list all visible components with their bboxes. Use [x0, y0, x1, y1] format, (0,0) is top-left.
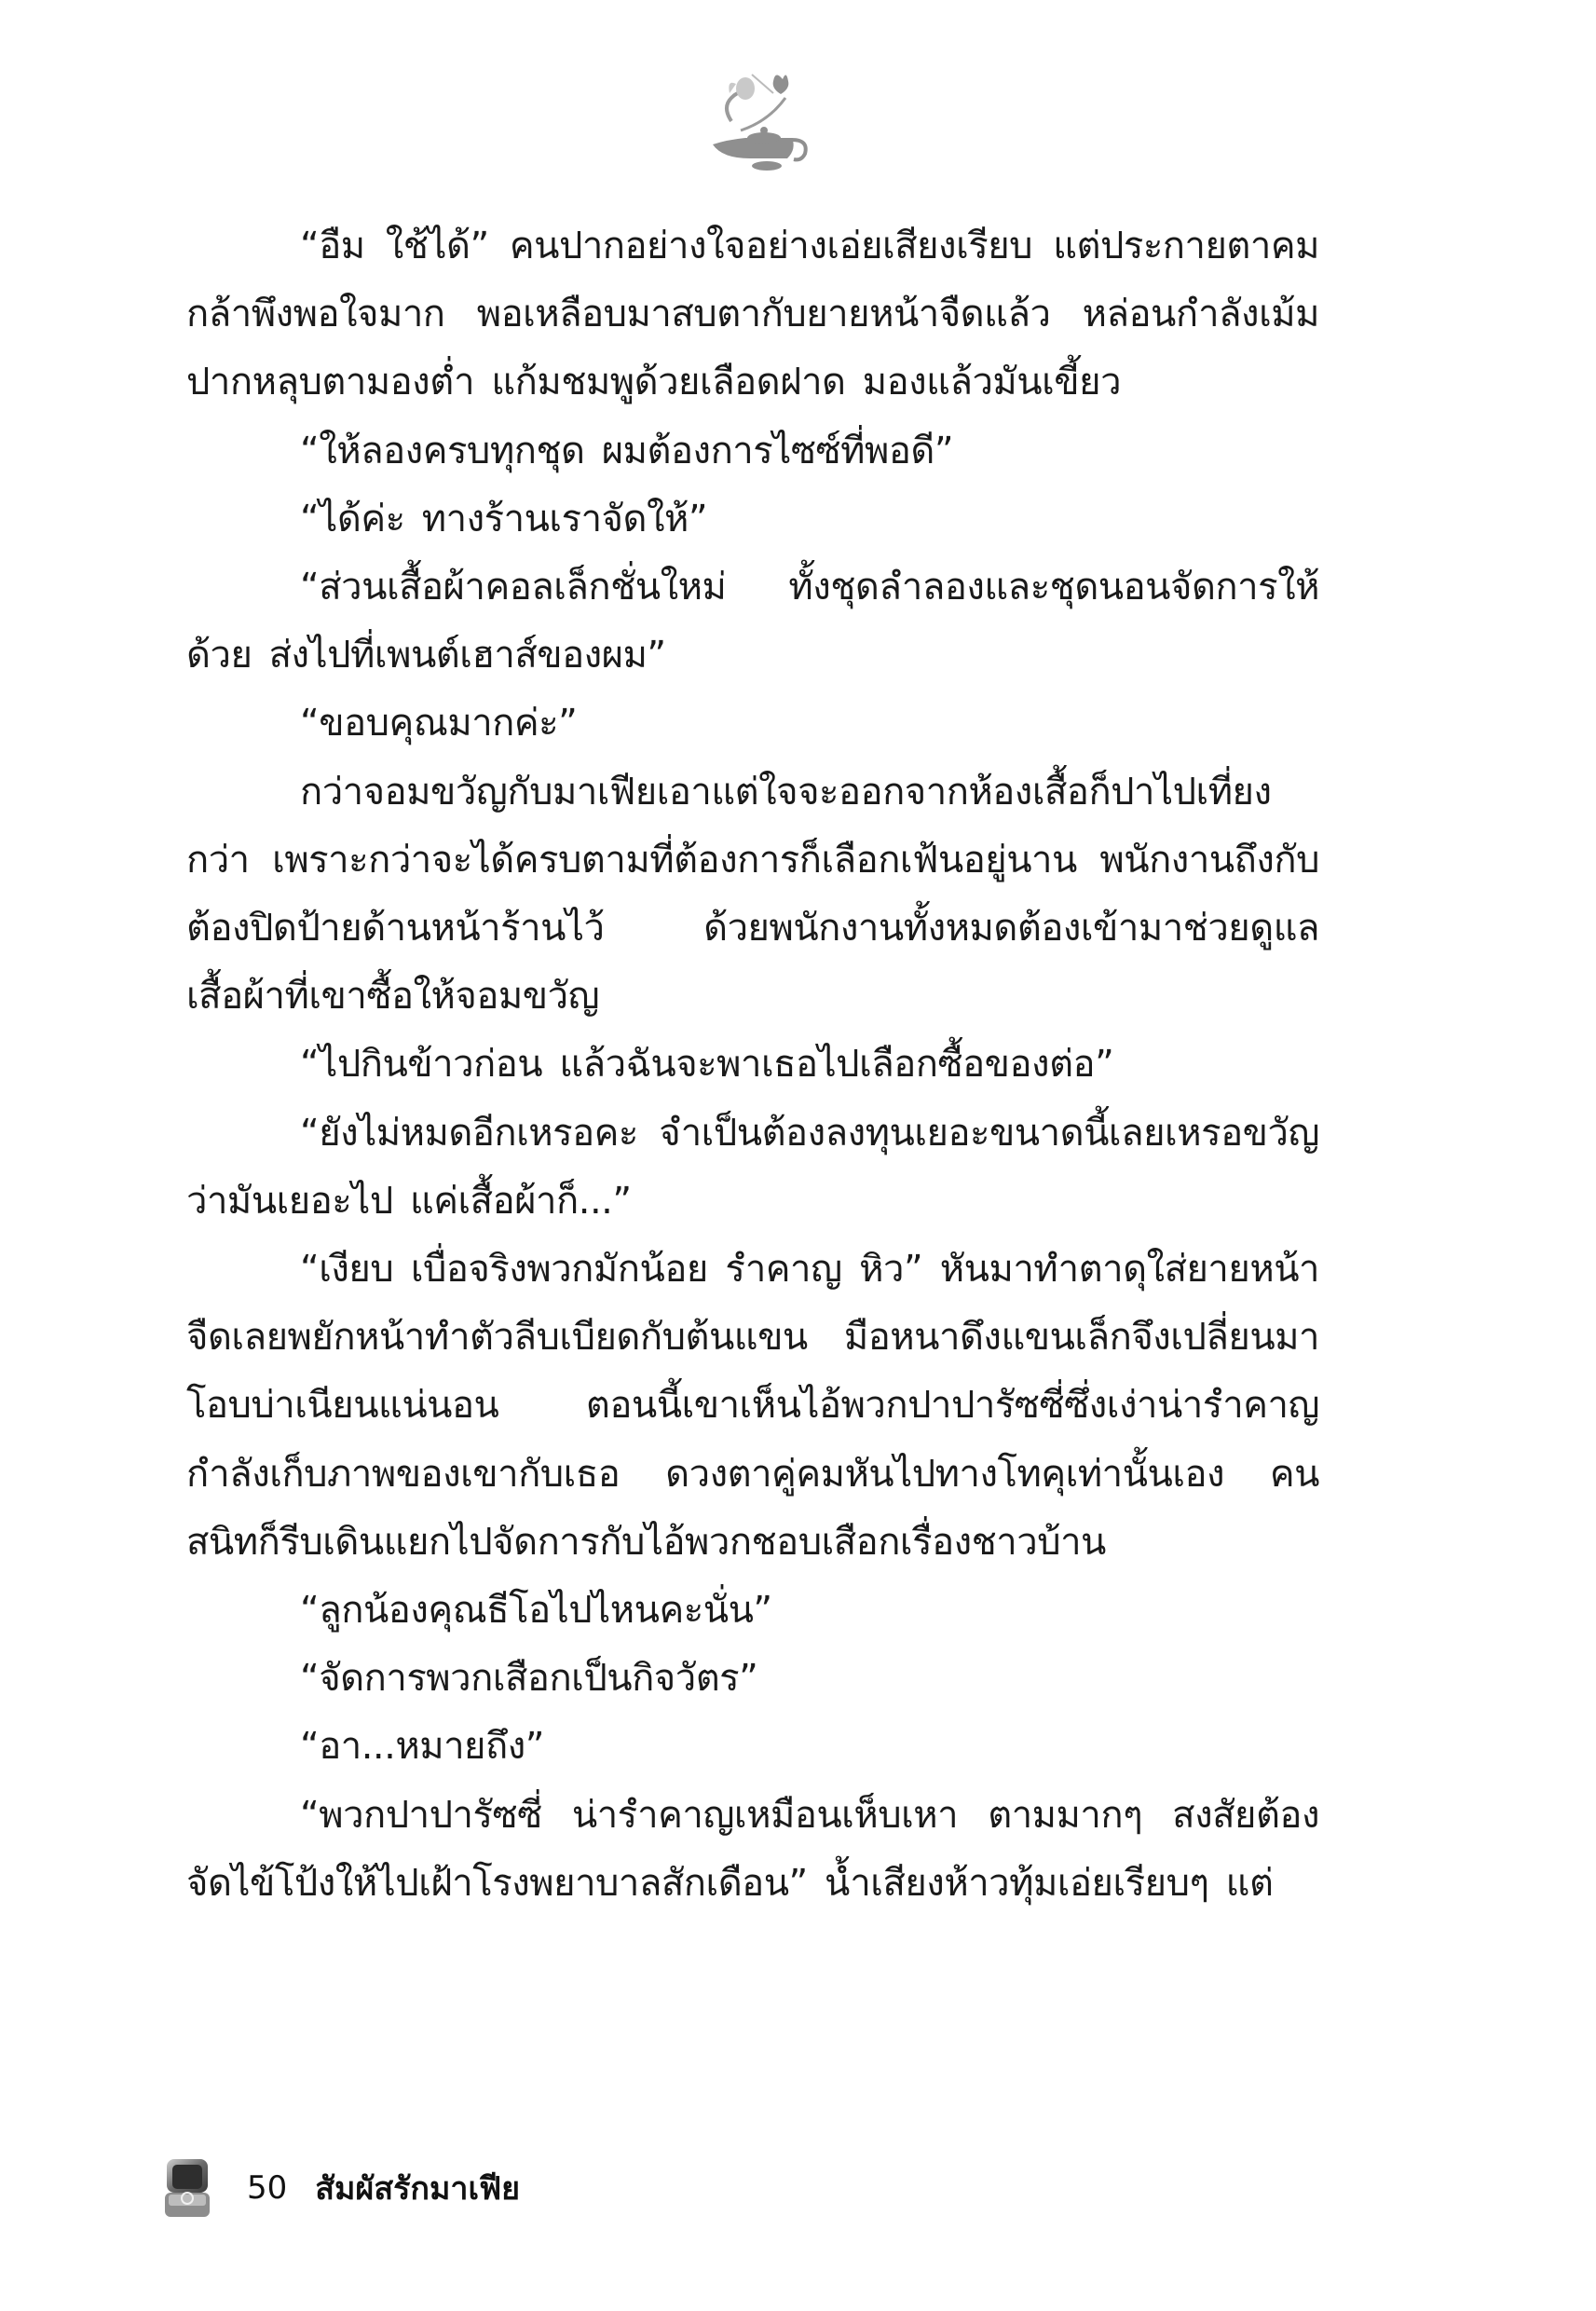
- paragraph: “อืม ใช้ได้” คนปากอย่างใจอย่างเอ่ยเสียงเ…: [186, 212, 1319, 417]
- ring-box-icon: [163, 2157, 211, 2219]
- paragraph: กว่าจอมขวัญกับมาเฟียเอาแต่ใจจะออกจากห้อง…: [186, 759, 1319, 1032]
- paragraph: “ลูกน้องคุณธีโอไปไหนคะนั่น”: [186, 1577, 1319, 1645]
- paragraph: “ยังไม่หมดอีกเหรอคะ จำเป็นต้องลงทุนเยอะข…: [186, 1100, 1319, 1236]
- paragraph: “จัดการพวกเสือกเป็นกิจวัตร”: [186, 1645, 1319, 1713]
- paragraph: “ได้ค่ะ ทางร้านเราจัดให้”: [186, 485, 1319, 554]
- page-footer: 50 สัมผัสรักมาเฟีย: [163, 2160, 520, 2216]
- paragraph: “ส่วนเสื้อผ้าคอลเล็กชั่นใหม่ ทั้งชุดลำลอ…: [186, 554, 1319, 690]
- book-title: สัมผัสรักมาเฟีย: [315, 2163, 520, 2213]
- body-text: “อืม ใช้ได้” คนปากอย่างใจอย่างเอ่ยเสียงเ…: [186, 212, 1319, 1918]
- paragraph: “ไปกินข้าวก่อน แล้วฉันจะพาเธอไปเลือกซื้อ…: [186, 1031, 1319, 1099]
- paragraph: “อา...หมายถึง”: [186, 1713, 1319, 1781]
- page-number: 50: [247, 2169, 287, 2207]
- paragraph: “พวกปาปารัซซี่ น่ารำคาญเหมือนเห็บเหา ตาม…: [186, 1782, 1319, 1918]
- paragraph: “ขอบคุณมากค่ะ”: [186, 690, 1319, 758]
- paragraph: “เงียบ เบื่อจริงพวกมักน้อย รำคาญ หิว” หั…: [186, 1236, 1319, 1577]
- paragraph: “ให้ลองครบทุกชุด ผมต้องการไซซ์ที่พอดี”: [186, 417, 1319, 485]
- genie-lamp-with-cupid-icon: [694, 56, 815, 172]
